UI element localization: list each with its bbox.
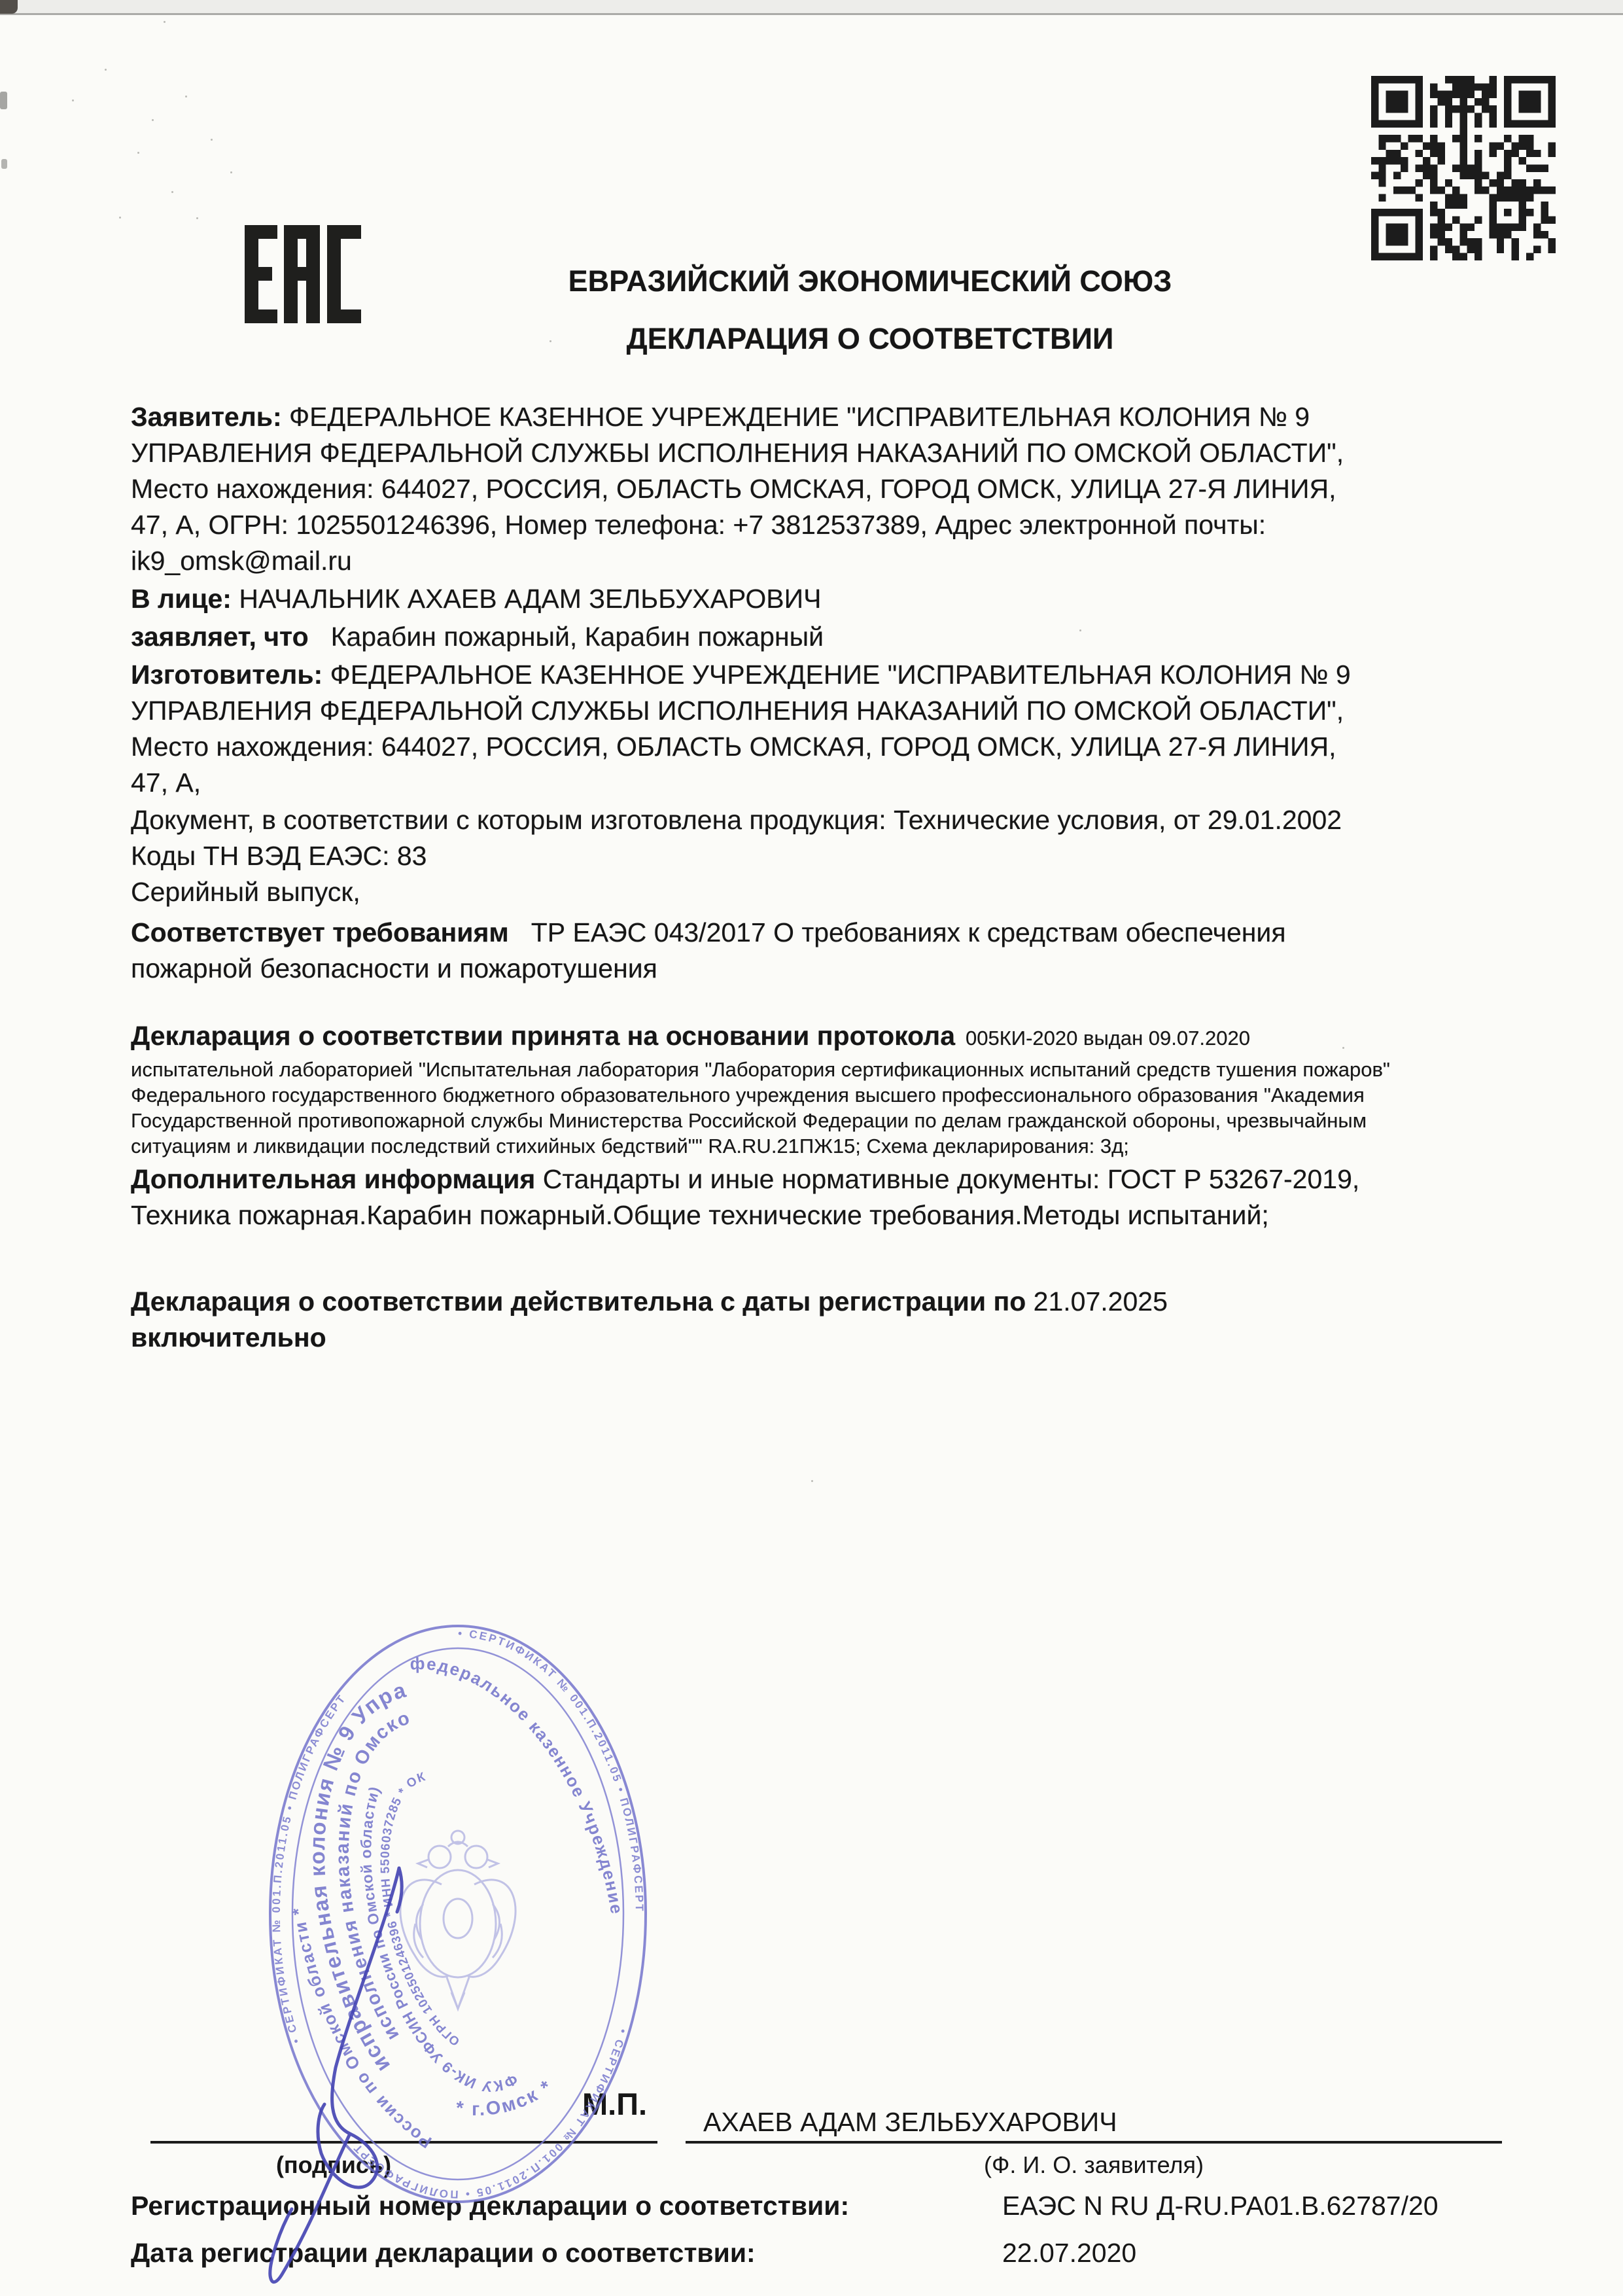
reg-date-label: Дата регистрации декларации о соответств… [131,2238,756,2269]
speckle [137,152,139,154]
signer-name: АХАЕВ АДАМ ЗЕЛЬБУХАРОВИЧ [703,2107,1117,2138]
protocol-line: ситуациям и ликвидации последствий стихи… [131,1133,1390,1159]
reg-number-value: ЕАЭС N RU Д-RU.РА01.В.62787/20 [1002,2191,1439,2221]
product-info-block: Документ, в соответствии с которым изгот… [131,802,1342,910]
qr-code [1371,76,1556,260]
svg-text:федеральное казенное Учреждени: федеральное казенное Учреждение [406,1617,629,1950]
speckle [196,217,198,219]
svg-text:исполнения наказаний по Омской: исполнения наказаний по Омской [252,1616,486,2071]
stamp-arc-text: ФКУ ИК-9 УФСИН России по Омской области) [332,1765,521,2116]
stamp-ring-text: • СЕРТИФИКАТ № 001.П.2011.05 • ПОЛИГРАФС… [270,1692,349,2045]
manufacturer-line: УПРАВЛЕНИЯ ФЕДЕРАЛЬНОЙ СЛУЖБЫ ИСПОЛНЕНИЯ… [131,693,1351,729]
applicant-paragraph: Заявитель: ФЕДЕРАЛЬНОЕ КАЗЕННОЕ УЧРЕЖДЕН… [131,399,1344,579]
scan-artifact [1,159,7,169]
svg-text:• СЕРТИФИКАТ № 001.П.2011.05 •: • СЕРТИФИКАТ № 001.П.2011.05 • ПОЛИГРАФС… [458,1627,646,1913]
scan-artifact [0,92,7,109]
scan-edge-line [0,13,1623,15]
stamp-city-text: * г.Омск * [450,2074,559,2129]
scan-corner-artifact [0,0,18,14]
applicant-line: Заявитель: ФЕДЕРАЛЬНОЕ КАЗЕННОЕ УЧРЕЖДЕН… [131,399,1344,435]
svg-text:* г.Омск *: * г.Омск * [450,2074,559,2129]
speckle [185,96,187,97]
protocol-heading: Декларация о соответствии принята на осн… [131,1018,1250,1056]
declares-line: заявляет, чтоКарабин пожарный, Карабин п… [131,619,824,655]
organization-stamp: • СЕРТИФИКАТ № 001.П.2011.05 • ПОЛИГРАФС… [252,1616,671,2290]
validity-paragraph: Декларация о соответствии действительна … [131,1284,1168,1356]
speckle [119,217,121,219]
svg-text:• СЕРТИФИКАТ № 001.П.2011.05 •: • СЕРТИФИКАТ № 001.П.2011.05 • ПОЛИГРАФС… [270,1692,349,2045]
speckle [164,21,166,23]
speckle [72,99,74,101]
applicant-line: 47, А, ОГРН: 1025501246396, Номер телефо… [131,507,1344,543]
protocol-details: испытательной лабораторией "Испытательна… [131,1057,1390,1159]
mp-seal-label: М.П. [582,2086,647,2122]
speckle [811,1480,813,1482]
applicant-line: Место нахождения: 644027, РОССИЯ, ОБЛАСТ… [131,471,1344,507]
speckle [1342,1047,1344,1049]
protocol-line: Федерального государственного бюджетного… [131,1082,1390,1108]
stamp-arc-text: исправительная колония № 9 Управления [252,1616,496,2100]
speckle [152,119,154,121]
tnved-codes-line: Коды ТН ВЭД ЕАЭС: 83 [131,838,1342,874]
fio-caption: (Ф. И. О. заявителя) [686,2151,1502,2179]
applicant-line: УПРАВЛЕНИЯ ФЕДЕРАЛЬНОЙ СЛУЖБЫ ИСПОЛНЕНИЯ… [131,435,1344,471]
svg-text:России по Омской области *: России по Омской области * [285,1887,438,2170]
speckle [171,191,173,193]
manufacturer-line: Место нахождения: 644027, РОССИЯ, ОБЛАСТ… [131,729,1351,765]
manufacturer-line: 47, А, [131,765,1351,801]
manufacturer-paragraph: Изготовитель: ФЕДЕРАЛЬНОЕ КАЗЕННОЕ УЧРЕЖ… [131,657,1351,801]
signature-caption: (подпись) [177,2151,491,2179]
document-title-line1: ЕВРАЗИЙСКИЙ ЭКОНОМИЧЕСКИЙ СОЮЗ [131,264,1609,298]
document-title-line2: ДЕКЛАРАЦИЯ О СООТВЕТСТВИИ [131,322,1609,356]
in-person-line: В лице: НАЧАЛЬНИК АХАЕВ АДАМ ЗЕЛЬБУХАРОВ… [131,581,821,617]
product-document-line: Документ, в соответствии с которым изгот… [131,802,1342,838]
stamp-ring-text: • СЕРТИФИКАТ № 001.П.2011.05 • ПОЛИГРАФС… [458,1627,646,1913]
stamp-inn-ogrn-text: ОГРН 1025501246396 * ИНН 5506037285 * ОК… [252,1616,491,2091]
protocol-line: испытательной лабораторией "Испытательна… [131,1057,1390,1082]
reg-number-label: Регистрационный номер декларации о соотв… [131,2191,849,2221]
stamp-arc-text: России по Омской области * [285,1887,438,2170]
svg-text:ОГРН 1025501246396 * ИНН 55060: ОГРН 1025501246396 * ИНН 5506037285 * ОК… [252,1616,491,2091]
speckle [105,69,107,71]
complies-paragraph: Соответствует требованиямТР ЕАЭС 043/201… [131,915,1286,987]
applicant-email: ik9_omsk@mail.ru [131,543,1344,579]
speckle [211,139,213,141]
protocol-ref: 005КИ-2020 выдан 09.07.2020 [966,1027,1250,1050]
protocol-line: Государственной противопожарной службы М… [131,1108,1390,1133]
declaration-of-conformity-scan: ЕВРАЗИЙСКИЙ ЭКОНОМИЧЕСКИЙ СОЮЗ ДЕКЛАРАЦИ… [0,0,1623,2296]
eagle-emblem-icon [400,1831,515,2009]
svg-text:ФКУ ИК-9 УФСИН России по Омско: ФКУ ИК-9 УФСИН России по Омской области) [332,1765,521,2116]
svg-text:исправительная колония № 9 Упр: исправительная колония № 9 Управления [252,1616,496,2100]
additional-info-paragraph: Дополнительная информация Стандарты и ин… [131,1161,1359,1233]
fio-line [686,2141,1502,2144]
stamp-arc-text: исполнения наказаний по Омской [252,1616,486,2071]
manufacturer-line: Изготовитель: ФЕДЕРАЛЬНОЕ КАЗЕННОЕ УЧРЕЖ… [131,657,1351,693]
scan-edge-strip [0,0,1623,13]
speckle [230,171,232,173]
serial-issue-line: Серийный выпуск, [131,874,1342,910]
stamp-arc-text: федеральное казенное Учреждение [406,1617,629,1950]
speckle [1079,629,1081,631]
signature-line [150,2141,657,2144]
reg-date-value: 22.07.2020 [1002,2238,1136,2269]
